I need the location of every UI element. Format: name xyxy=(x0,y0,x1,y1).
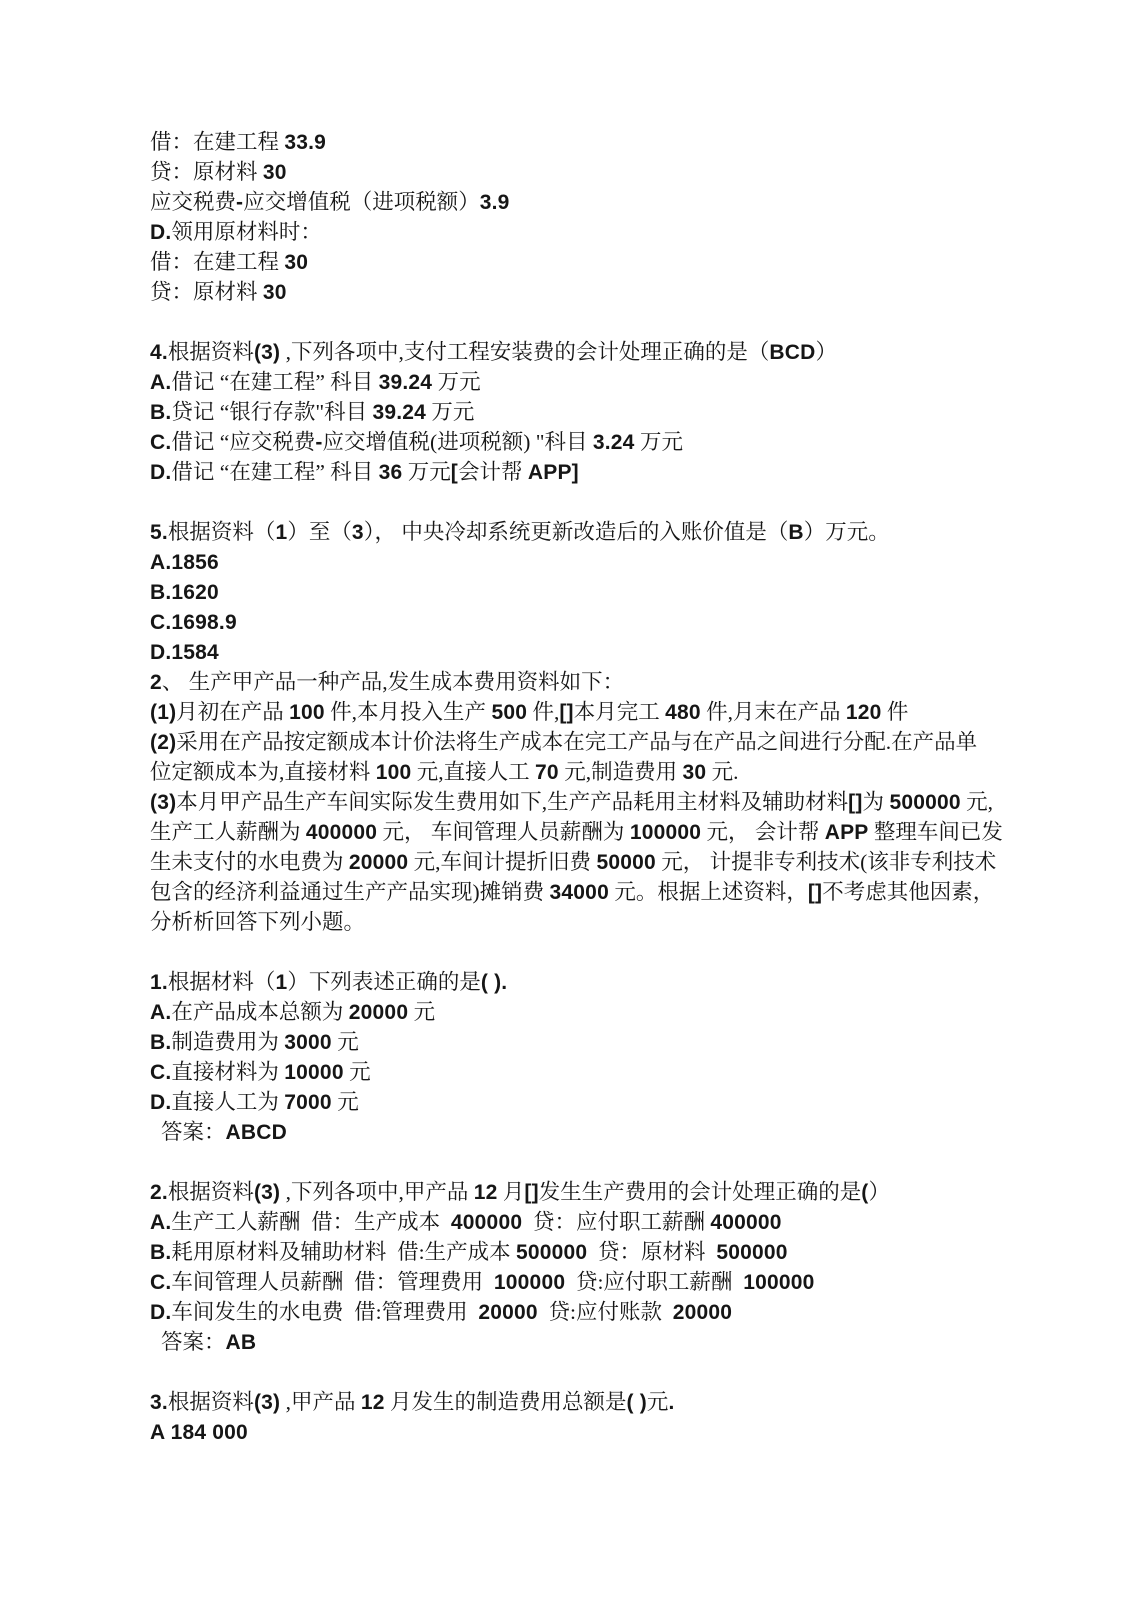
text-line-sub-question-2-2: A.生产工人薪酬 借：生产成本 400000 贷：应付职工薪酬 400000 xyxy=(150,1207,1010,1237)
text-segment-bold: [ xyxy=(451,461,458,484)
text-segment: 贷:应付职工薪酬 xyxy=(565,1270,743,1294)
text-segment-bold: D. xyxy=(150,221,171,244)
text-segment: 借记 “应交税费 xyxy=(171,430,315,454)
text-line-journal-entries-option-d-2: 贷：原材料 30 xyxy=(150,157,1010,187)
text-segment-bold: 20000 xyxy=(349,851,408,874)
text-segment: 借记 “在建工程” 科目 xyxy=(171,370,378,394)
text-segment-bold: C. xyxy=(150,431,171,454)
text-line-question-4-5: D.借记 “在建工程” 科目 36 万元[会计帮 APP] xyxy=(150,457,1010,487)
text-line-sub-question-1-6: 答案：ABCD xyxy=(150,1117,1010,1147)
text-segment-bold: 500000 xyxy=(516,1241,587,1264)
text-segment: 不考虑其他因素， xyxy=(822,880,994,904)
text-segment: ）下列表述正确的是 xyxy=(287,970,481,994)
text-segment: 应交增值税(进项税额) "科目 xyxy=(323,430,593,454)
text-line-question-5-2: A.1856 xyxy=(150,547,1010,577)
text-segment-bold: 3.9 xyxy=(480,191,510,214)
text-segment-bold: - xyxy=(315,431,322,454)
text-segment: 生产工人薪酬 借：生产成本 xyxy=(171,1210,451,1234)
block-sub-question-2: 2.根据资料(3) ,下列各项中,甲产品 12 月[]发生生产费用的会计处理正确… xyxy=(150,1177,1010,1357)
text-segment-bold: (3) xyxy=(150,791,176,814)
text-line-question-4-3: B.贷记 “银行存款"科目 39.24 万元 xyxy=(150,397,1010,427)
text-segment: 元,车间计提折旧费 xyxy=(408,850,596,874)
text-segment-bold: A. xyxy=(150,1001,171,1024)
text-segment-bold: 2. xyxy=(150,1181,168,1204)
text-segment: 会计帮 xyxy=(458,460,528,484)
text-line-sub-question-1-5: D.直接人工为 7000 元 xyxy=(150,1087,1010,1117)
text-segment: 件 xyxy=(882,700,909,724)
text-segment: 生产工人薪酬为 xyxy=(150,820,306,844)
text-segment-bold: . xyxy=(668,1391,674,1414)
block-sub-question-1: 1.根据材料（1）下列表述正确的是( ).A.在产品成本总额为 20000 元B… xyxy=(150,967,1010,1147)
text-segment-bold: 30 xyxy=(284,251,308,274)
text-segment: 元,直接人工 xyxy=(411,760,535,784)
text-line-problem-2-material-4: 位定额成本为,直接材料 100 元,直接人工 70 元,制造费用 30 元. xyxy=(150,757,1010,787)
text-segment: 直接人工为 xyxy=(171,1090,284,1114)
text-line-question-4-4: C.借记 “应交税费-应交增值税(进项税额) "科目 3.24 万元 xyxy=(150,427,1010,457)
text-line-sub-question-1-1: 1.根据材料（1）下列表述正确的是( ). xyxy=(150,967,1010,997)
text-segment: 本月完工 xyxy=(574,700,665,724)
text-segment-bold: 10000 xyxy=(284,1061,343,1084)
text-segment-bold: C. xyxy=(150,1061,171,1084)
text-segment: 位定额成本为,直接材料 xyxy=(150,760,376,784)
text-segment-bold: 7000 xyxy=(284,1091,332,1114)
text-segment-bold: 34000 xyxy=(550,881,609,904)
text-segment: 耗用原材料及辅助材料 借:生产成本 xyxy=(171,1240,516,1264)
text-segment-bold: C. xyxy=(150,1271,171,1294)
text-segment: 发生生产费用的会计处理正确的是 xyxy=(539,1180,862,1204)
text-segment: 万元 xyxy=(402,460,450,484)
text-segment-bold: 36 xyxy=(379,461,403,484)
text-line-problem-2-material-2: (1)月初在产品 100 件,本月投入生产 500 件,[]本月完工 480 件… xyxy=(150,697,1010,727)
text-segment: 应交税费 xyxy=(150,190,236,214)
text-segment: ,下列各项中,支付工程安装费的会计处理正确的是（ xyxy=(280,340,769,364)
text-segment-bold: ( ). xyxy=(481,971,507,994)
text-segment: 万元 xyxy=(426,400,474,424)
text-segment-bold: 1. xyxy=(150,971,168,994)
text-segment-bold: 480 xyxy=(665,701,701,724)
text-segment-bold: 100000 xyxy=(743,1271,814,1294)
text-segment-bold: B. xyxy=(150,401,171,424)
text-segment: 件,月末在产品 xyxy=(701,700,846,724)
text-segment-bold: 70 xyxy=(535,761,559,784)
document-content: 借：在建工程 33.9贷：原材料 30应交税费-应交增值税（进项税额）3.9D.… xyxy=(150,127,1010,1447)
text-segment-bold: 400000 xyxy=(710,1211,781,1234)
text-segment-bold: 1 xyxy=(275,521,287,544)
document-page: 借：在建工程 33.9贷：原材料 30应交税费-应交增值税（进项税额）3.9D.… xyxy=(0,0,1131,1600)
text-segment: 包含的经济利益通过生产产品实现)摊销费 xyxy=(150,880,550,904)
text-segment: ,甲产品 xyxy=(280,1390,361,1414)
text-segment-bold: BCD xyxy=(769,341,815,364)
text-line-sub-question-3-2: A 184 000 xyxy=(150,1417,1010,1447)
text-line-sub-question-3-1: 3.根据资料(3) ,甲产品 12 月发生的制造费用总额是( )元. xyxy=(150,1387,1010,1417)
text-segment-bold: B xyxy=(788,521,803,544)
text-segment-bold: ABCD xyxy=(226,1121,287,1144)
text-segment-bold: 12 xyxy=(474,1181,498,1204)
text-segment-bold: (3) xyxy=(254,1391,280,1414)
text-line-journal-entries-option-d-6: 贷：原材料 30 xyxy=(150,277,1010,307)
text-line-problem-2-material-6: 生产工人薪酬为 400000 元， 车间管理人员薪酬为 100000 元， 会计… xyxy=(150,817,1010,847)
text-segment-bold: A. xyxy=(150,1211,171,1234)
text-segment-bold: 30 xyxy=(263,281,287,304)
text-segment: 元 xyxy=(408,1000,435,1024)
text-line-sub-question-2-1: 2.根据资料(3) ,下列各项中,甲产品 12 月[]发生生产费用的会计处理正确… xyxy=(150,1177,1010,1207)
text-line-problem-2-material-5: (3)本月甲产品生产车间实际发生费用如下,生产产品耗用主材料及辅助材料[]为 5… xyxy=(150,787,1010,817)
text-segment: 根据资料（ xyxy=(168,520,276,544)
text-segment-bold: 2 xyxy=(150,671,162,694)
text-segment-bold: 3.24 xyxy=(593,431,635,454)
text-segment-bold: (1) xyxy=(150,701,176,724)
text-line-sub-question-1-2: A.在产品成本总额为 20000 元 xyxy=(150,997,1010,1027)
text-segment: 贷记 “银行存款"科目 xyxy=(171,400,372,424)
text-segment: ） xyxy=(815,340,837,364)
text-segment-bold: 30 xyxy=(682,761,706,784)
text-segment-bold: 3. xyxy=(150,1391,168,1414)
text-line-question-5-5: D.1584 xyxy=(150,637,1010,667)
text-segment-bold: APP xyxy=(825,821,869,844)
text-segment-bold: C.1698.9 xyxy=(150,611,237,634)
text-segment: 元 xyxy=(332,1030,359,1054)
text-line-question-5-4: C.1698.9 xyxy=(150,607,1010,637)
text-segment: 分析析回答下列小题。 xyxy=(150,910,365,934)
text-segment-bold: 39.24 xyxy=(372,401,426,424)
text-segment: 采用在产品按定额成本计价法将生产成本在完工产品与在产品之间进行分配.在产品单 xyxy=(176,730,977,754)
block-sub-question-3: 3.根据资料(3) ,甲产品 12 月发生的制造费用总额是( )元.A 184 … xyxy=(150,1387,1010,1447)
text-segment: 为 xyxy=(863,790,890,814)
text-segment: 借记 “在建工程” 科目 xyxy=(171,460,378,484)
text-line-sub-question-2-4: C.车间管理人员薪酬 借：管理费用 100000 贷:应付职工薪酬 100000 xyxy=(150,1267,1010,1297)
text-segment: 元， 车间管理人员薪酬为 xyxy=(377,820,630,844)
text-segment-bold: 500 xyxy=(491,701,527,724)
block-question-4: 4.根据资料(3) ,下列各项中,支付工程安装费的会计处理正确的是（BCD）A.… xyxy=(150,337,1010,487)
text-segment: 月 xyxy=(497,1180,524,1204)
text-segment: 元 xyxy=(332,1090,359,1114)
text-line-sub-question-2-3: B.耗用原材料及辅助材料 借:生产成本 500000 贷：原材料 500000 xyxy=(150,1237,1010,1267)
text-line-question-5-3: B.1620 xyxy=(150,577,1010,607)
text-segment: 贷：原材料 xyxy=(150,280,263,304)
text-segment-bold: 4. xyxy=(150,341,168,364)
text-segment: 领用原材料时： xyxy=(171,220,322,244)
text-segment: 车间发生的水电费 借:管理费用 xyxy=(171,1300,478,1324)
text-segment-bold: 500000 xyxy=(889,791,960,814)
text-segment-bold: [] xyxy=(808,881,822,904)
text-line-journal-entries-option-d-4: D.领用原材料时： xyxy=(150,217,1010,247)
text-segment: 件,本月投入生产 xyxy=(325,700,492,724)
text-segment-bold: B. xyxy=(150,1031,171,1054)
text-segment: 在产品成本总额为 xyxy=(171,1000,348,1024)
text-segment: ）万元。 xyxy=(804,520,890,544)
text-segment: 根据材料（ xyxy=(168,970,276,994)
text-segment-bold: B. xyxy=(150,1241,171,1264)
text-segment-bold: APP] xyxy=(528,461,579,484)
text-segment: 元 xyxy=(344,1060,371,1084)
text-segment-bold: D. xyxy=(150,1301,171,1324)
text-line-journal-entries-option-d-3: 应交税费-应交增值税（进项税额）3.9 xyxy=(150,187,1010,217)
text-segment: 月发生的制造费用总额是 xyxy=(385,1390,627,1414)
text-segment: 元， 会计帮 xyxy=(701,820,825,844)
text-segment-bold: 100000 xyxy=(494,1271,565,1294)
text-segment: ）至（ xyxy=(287,520,352,544)
text-segment: 月初在产品 xyxy=(176,700,289,724)
block-problem-2-material: 2、 生产甲产品一种产品,发生成本费用资料如下：(1)月初在产品 100 件,本… xyxy=(150,667,1010,937)
text-segment-bold: 100 xyxy=(289,701,325,724)
text-segment-bold: 39.24 xyxy=(379,371,433,394)
text-segment-bold: (3) xyxy=(254,341,280,364)
text-segment-bold: 400000 xyxy=(306,821,377,844)
text-segment-bold: 3000 xyxy=(284,1031,332,1054)
text-segment-bold: A 184 000 xyxy=(150,1421,248,1444)
text-segment-bold: 20000 xyxy=(673,1301,732,1324)
text-line-problem-2-material-7: 生未支付的水电费为 20000 元,车间计提折旧费 50000 元， 计提非专利… xyxy=(150,847,1010,877)
text-segment: 生未支付的水电费为 xyxy=(150,850,349,874)
text-segment: 答案： xyxy=(161,1330,226,1354)
text-segment: 借：在建工程 xyxy=(150,130,284,154)
text-segment: 答案： xyxy=(161,1120,226,1144)
text-segment: 万元 xyxy=(432,370,480,394)
text-line-sub-question-1-3: B.制造费用为 3000 元 xyxy=(150,1027,1010,1057)
text-segment-bold: ( ) xyxy=(627,1391,647,1414)
text-segment-bold: 1 xyxy=(275,971,287,994)
text-segment-bold: [] xyxy=(524,1181,538,1204)
text-segment: 元。根据上述资料， xyxy=(609,880,808,904)
text-line-problem-2-material-1: 2、 生产甲产品一种产品,发生成本费用资料如下： xyxy=(150,667,1010,697)
text-segment: 万元 xyxy=(635,430,683,454)
text-segment: 贷：应付职工薪酬 xyxy=(522,1210,710,1234)
text-line-question-4-1: 4.根据资料(3) ,下列各项中,支付工程安装费的会计处理正确的是（BCD） xyxy=(150,337,1010,367)
text-segment-bold: 20000 xyxy=(349,1001,408,1024)
text-segment-bold: [] xyxy=(559,701,573,724)
text-segment-bold: 5. xyxy=(150,521,168,544)
text-line-question-4-2: A.借记 “在建工程” 科目 39.24 万元 xyxy=(150,367,1010,397)
text-segment-bold: 12 xyxy=(361,1391,385,1414)
text-segment-bold: 120 xyxy=(846,701,882,724)
text-segment-bold: 100 xyxy=(376,761,412,784)
text-segment: 元 xyxy=(647,1390,669,1414)
text-line-problem-2-material-3: (2)采用在产品按定额成本计价法将生产成本在完工产品与在产品之间进行分配.在产品… xyxy=(150,727,1010,757)
text-segment: 贷:应付账款 xyxy=(538,1300,673,1324)
text-line-sub-question-2-6: 答案：AB xyxy=(150,1327,1010,1357)
text-segment-bold: 3 xyxy=(352,521,364,544)
text-segment: 根据资料 xyxy=(168,1180,254,1204)
text-line-journal-entries-option-d-1: 借：在建工程 33.9 xyxy=(150,127,1010,157)
text-segment: 贷：原材料 xyxy=(150,160,263,184)
text-segment: 应交增值税（进项税额） xyxy=(243,190,480,214)
text-segment-bold: 100000 xyxy=(630,821,701,844)
text-line-problem-2-material-8: 包含的经济利益通过生产产品实现)摊销费 34000 元。根据上述资料，[]不考虑… xyxy=(150,877,1010,907)
text-segment: 元. xyxy=(706,760,738,784)
text-segment: 借：在建工程 xyxy=(150,250,284,274)
text-segment-bold: AB xyxy=(226,1331,257,1354)
text-line-sub-question-1-4: C.直接材料为 10000 元 xyxy=(150,1057,1010,1087)
text-segment-bold: 400000 xyxy=(451,1211,522,1234)
text-segment: 元,制造费用 xyxy=(559,760,683,784)
text-segment: 贷：原材料 xyxy=(587,1240,716,1264)
text-segment-bold: (2) xyxy=(150,731,176,754)
text-segment: 整理车间已发 xyxy=(869,820,1003,844)
text-segment: 直接材料为 xyxy=(171,1060,284,1084)
text-line-problem-2-material-9: 分析析回答下列小题。 xyxy=(150,907,1010,937)
text-segment: ） xyxy=(868,1180,890,1204)
text-line-sub-question-2-5: D.车间发生的水电费 借:管理费用 20000 贷:应付账款 20000 xyxy=(150,1297,1010,1327)
text-segment-bold: (3) xyxy=(254,1181,280,1204)
text-segment: 元， 计提非专利技术(该非专利技术 xyxy=(656,850,996,874)
text-segment-bold: 500000 xyxy=(716,1241,787,1264)
text-segment: ,下列各项中,甲产品 xyxy=(280,1180,474,1204)
text-segment-bold: D.1584 xyxy=(150,641,219,664)
text-segment-bold: A. xyxy=(150,371,171,394)
text-segment-bold: A.1856 xyxy=(150,551,219,574)
text-segment-bold: 30 xyxy=(263,161,287,184)
text-segment: 根据资料 xyxy=(168,340,254,364)
text-segment-bold: [] xyxy=(848,791,862,814)
text-segment: 本月甲产品生产车间实际发生费用如下,生产产品耗用主材料及辅助材料 xyxy=(176,790,848,814)
block-journal-entries-option-d: 借：在建工程 33.9贷：原材料 30应交税费-应交增值税（进项税额）3.9D.… xyxy=(150,127,1010,307)
text-segment: 根据资料 xyxy=(168,1390,254,1414)
text-segment: ）， 中央冷却系统更新改造后的入账价值是（ xyxy=(364,520,789,544)
text-segment: 制造费用为 xyxy=(171,1030,284,1054)
text-segment-bold: D. xyxy=(150,1091,171,1114)
text-segment: 件, xyxy=(527,700,559,724)
block-question-5: 5.根据资料（1）至（3）， 中央冷却系统更新改造后的入账价值是（B）万元。A.… xyxy=(150,517,1010,667)
text-segment-bold: 33.9 xyxy=(284,131,326,154)
text-segment-bold: D. xyxy=(150,461,171,484)
text-segment-bold: 20000 xyxy=(478,1301,537,1324)
text-line-journal-entries-option-d-5: 借：在建工程 30 xyxy=(150,247,1010,277)
text-line-question-5-1: 5.根据资料（1）至（3）， 中央冷却系统更新改造后的入账价值是（B）万元。 xyxy=(150,517,1010,547)
text-segment: 车间管理人员薪酬 借：管理费用 xyxy=(171,1270,494,1294)
text-segment-bold: B.1620 xyxy=(150,581,219,604)
text-segment: 元, xyxy=(961,790,993,814)
text-segment-bold: 50000 xyxy=(596,851,655,874)
text-segment: 、 生产甲产品一种产品,发生成本费用资料如下： xyxy=(162,670,624,694)
